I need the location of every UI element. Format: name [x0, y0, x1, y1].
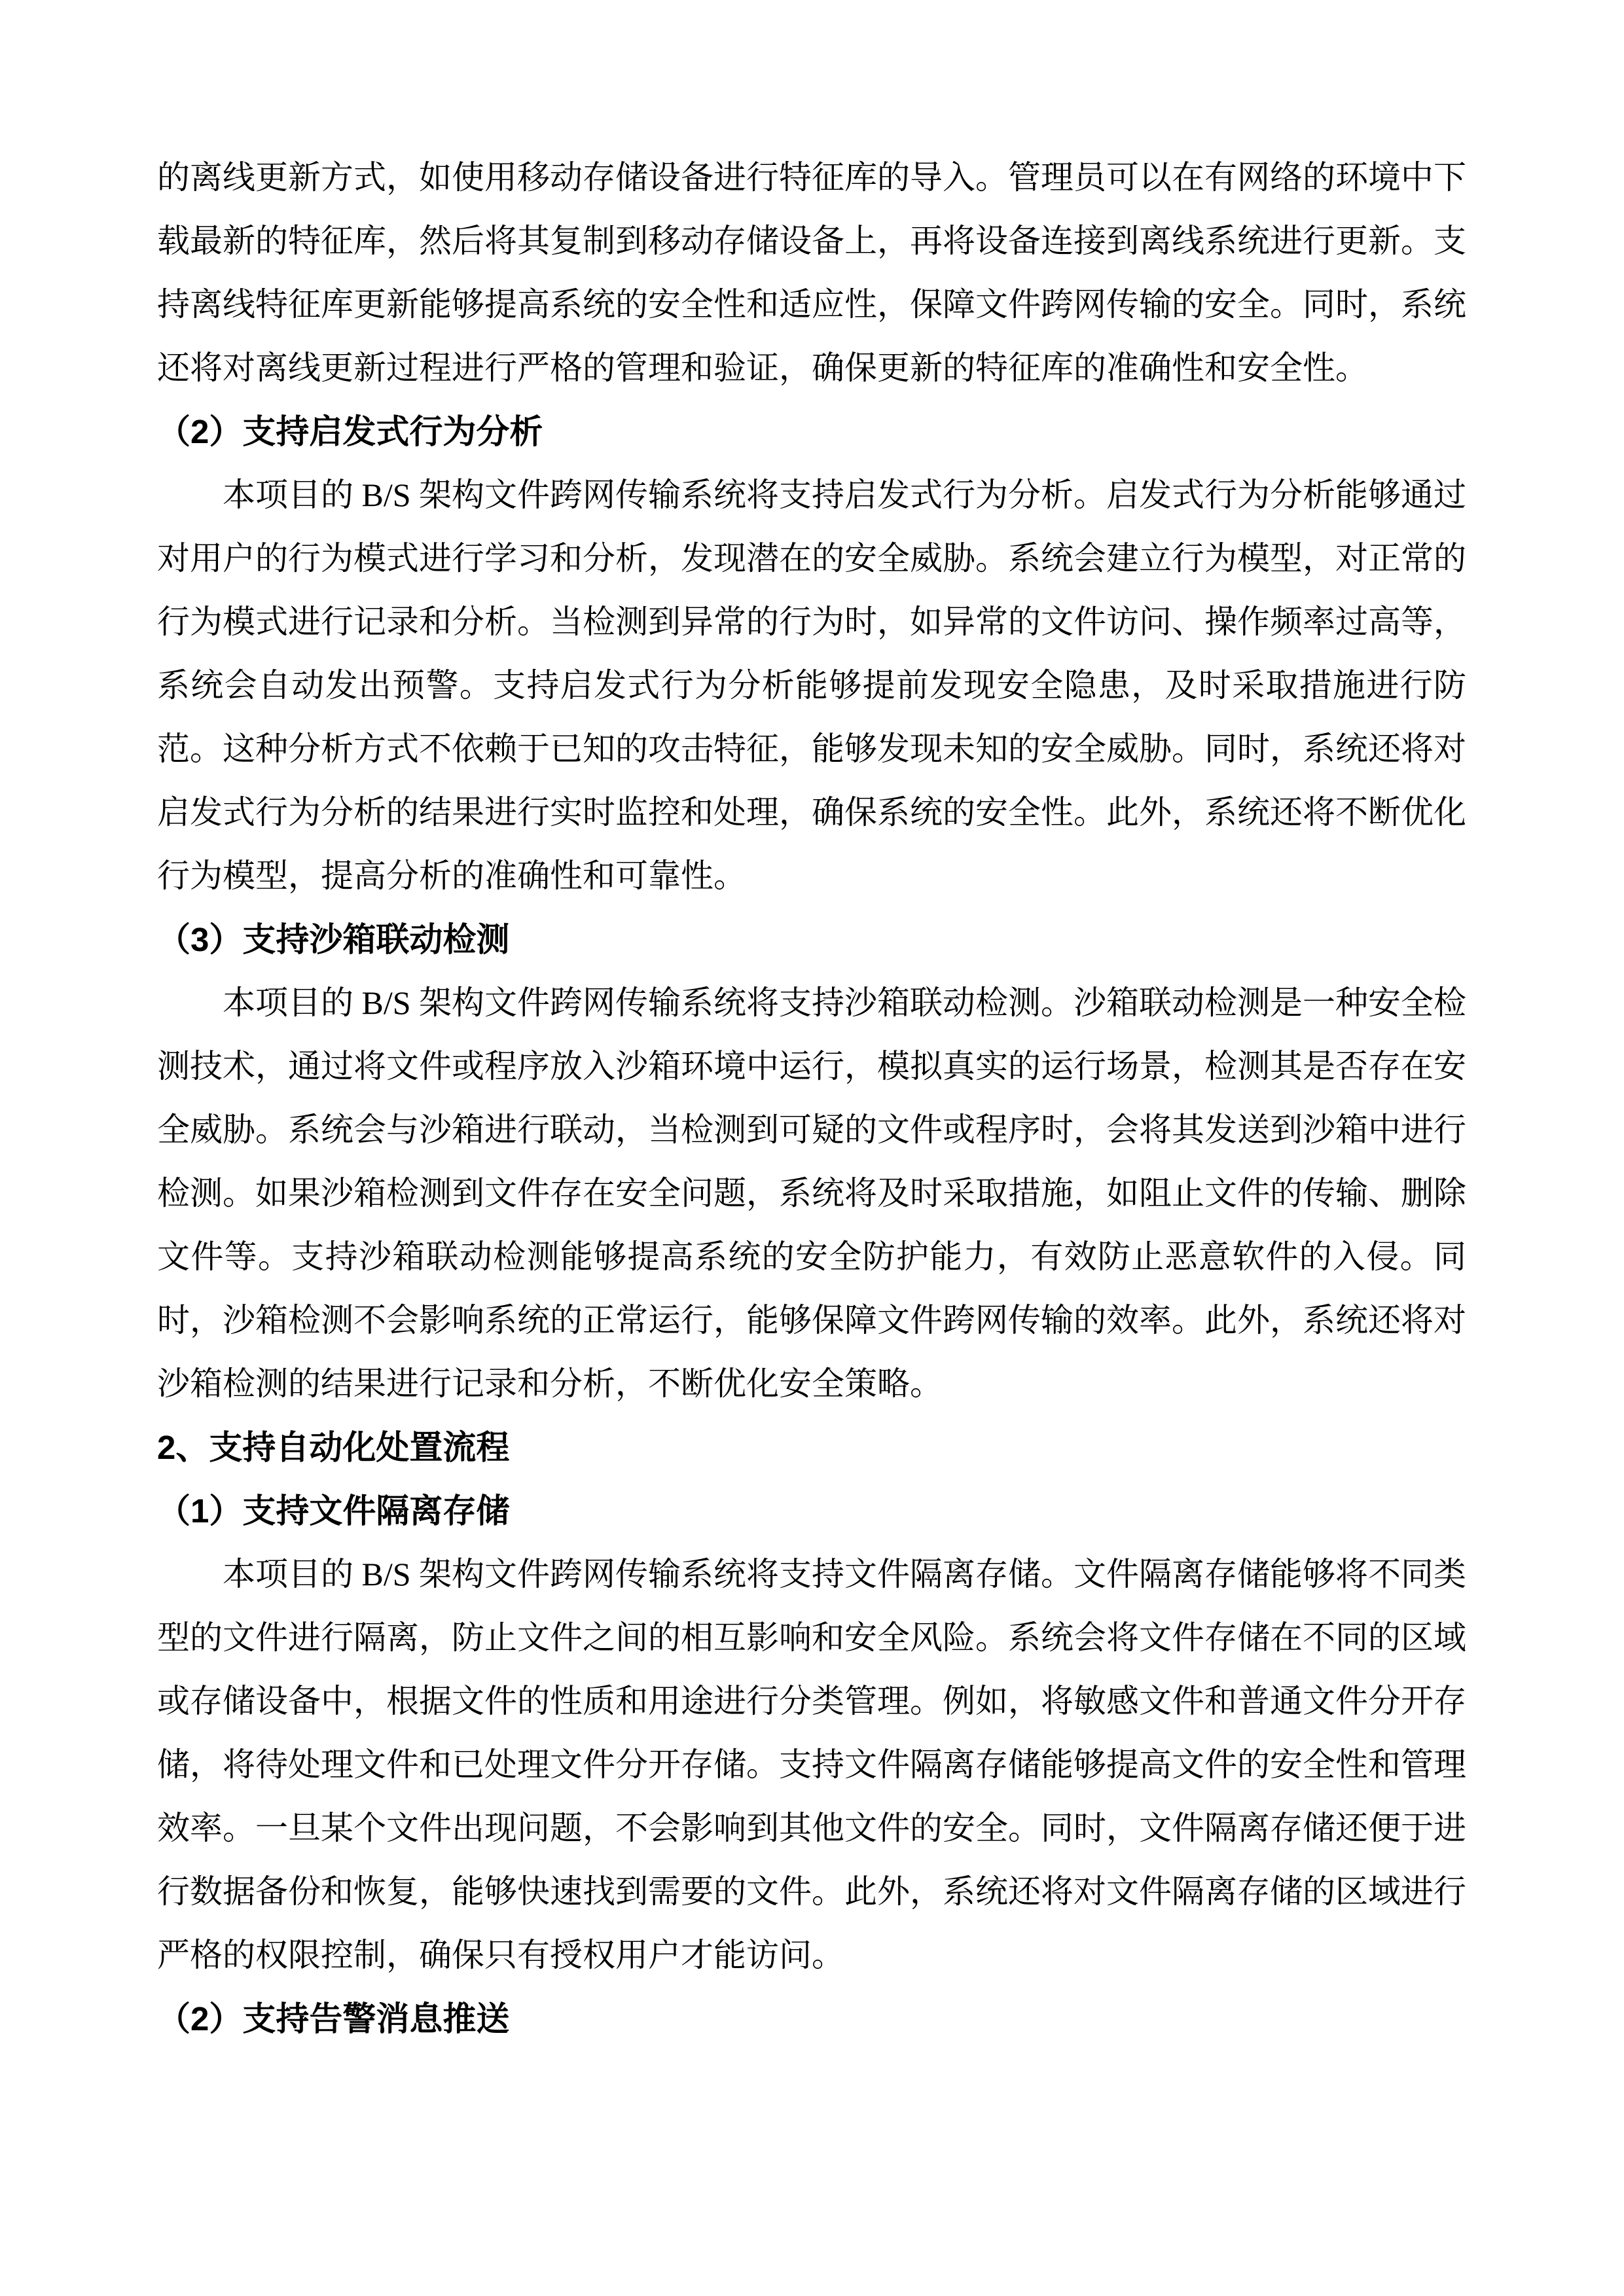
text-line: 行数据备份和恢复，能够快速找到需要的文件。此外，系统还将对文件隔离存储的区域进行: [157, 1860, 1466, 1924]
paragraph: 本项目的 B/S 架构文件跨网传输系统将支持文件隔离存储。文件隔离存储能够将不同…: [157, 1543, 1466, 1987]
section-heading: （1）支持文件隔离存储: [157, 1479, 1466, 1543]
text-line: 本项目的 B/S 架构文件跨网传输系统将支持文件隔离存储。文件隔离存储能够将不同…: [157, 1543, 1466, 1606]
section-heading: （2）支持告警消息推送: [157, 1987, 1466, 2051]
text-line: 载最新的特征库，然后将其复制到移动存储设备上，再将设备连接到离线系统进行更新。支: [157, 209, 1466, 273]
text-line: 或存储设备中，根据文件的性质和用途进行分类管理。例如，将敏感文件和普通文件分开存: [157, 1670, 1466, 1733]
text-line: 范。这种分析方式不依赖于已知的攻击特征，能够发现未知的安全威胁。同时，系统还将对: [157, 717, 1466, 781]
text-line: 行为模型，提高分析的准确性和可靠性。: [157, 844, 1466, 908]
paragraph: 本项目的 B/S 架构文件跨网传输系统将支持沙箱联动检测。沙箱联动检测是一种安全…: [157, 971, 1466, 1416]
text-line: 本项目的 B/S 架构文件跨网传输系统将支持沙箱联动检测。沙箱联动检测是一种安全…: [157, 971, 1466, 1035]
text-line: 行为模式进行记录和分析。当检测到异常的行为时，如异常的文件访问、操作频率过高等，: [157, 590, 1466, 654]
text-line: 全威胁。系统会与沙箱进行联动，当检测到可疑的文件或程序时，会将其发送到沙箱中进行: [157, 1098, 1466, 1162]
text-line: 储，将待处理文件和已处理文件分开存储。支持文件隔离存储能够提高文件的安全性和管理: [157, 1733, 1466, 1797]
heading-text: （2）支持告警消息推送: [157, 1987, 1466, 2051]
heading-text: （1）支持文件隔离存储: [157, 1479, 1466, 1543]
text-line: 文件等。支持沙箱联动检测能够提高系统的安全防护能力，有效防止恶意软件的入侵。同: [157, 1225, 1466, 1289]
text-block: 的离线更新方式，如使用移动存储设备进行特征库的导入。管理员可以在有网络的环境中下…: [157, 146, 1466, 2051]
paragraph: 的离线更新方式，如使用移动存储设备进行特征库的导入。管理员可以在有网络的环境中下…: [157, 146, 1466, 400]
text-line: 时，沙箱检测不会影响系统的正常运行，能够保障文件跨网传输的效率。此外，系统还将对: [157, 1289, 1466, 1352]
heading-text: （2）支持启发式行为分析: [157, 400, 1466, 463]
text-line: 效率。一旦某个文件出现问题，不会影响到其他文件的安全。同时，文件隔离存储还便于进: [157, 1797, 1466, 1860]
text-line: 还将对离线更新过程进行严格的管理和验证，确保更新的特征库的准确性和安全性。: [157, 336, 1466, 400]
section-heading: （3）支持沙箱联动检测: [157, 908, 1466, 971]
heading-text: （3）支持沙箱联动检测: [157, 908, 1466, 971]
text-line: 系统会自动发出预警。支持启发式行为分析能够提前发现安全隐患，及时采取措施进行防: [157, 654, 1466, 717]
chapter-heading: 2、支持自动化处置流程: [157, 1416, 1466, 1479]
text-line: 本项目的 B/S 架构文件跨网传输系统将支持启发式行为分析。启发式行为分析能够通…: [157, 463, 1466, 527]
text-line: 的离线更新方式，如使用移动存储设备进行特征库的导入。管理员可以在有网络的环境中下: [157, 146, 1466, 209]
heading-text: 2、支持自动化处置流程: [157, 1416, 1466, 1479]
text-line: 沙箱检测的结果进行记录和分析，不断优化安全策略。: [157, 1352, 1466, 1416]
section-heading: （2）支持启发式行为分析: [157, 400, 1466, 463]
text-line: 持离线特征库更新能够提高系统的安全性和适应性，保障文件跨网传输的安全。同时，系统: [157, 273, 1466, 336]
text-line: 对用户的行为模式进行学习和分析，发现潜在的安全威胁。系统会建立行为模型，对正常的: [157, 527, 1466, 590]
text-line: 型的文件进行隔离，防止文件之间的相互影响和安全风险。系统会将文件存储在不同的区域: [157, 1606, 1466, 1670]
text-line: 检测。如果沙箱检测到文件存在安全问题，系统将及时采取措施，如阻止文件的传输、删除: [157, 1162, 1466, 1225]
paragraph: 本项目的 B/S 架构文件跨网传输系统将支持启发式行为分析。启发式行为分析能够通…: [157, 463, 1466, 908]
document-page: 的离线更新方式，如使用移动存储设备进行特征库的导入。管理员可以在有网络的环境中下…: [0, 0, 1624, 2296]
text-line: 严格的权限控制，确保只有授权用户才能访问。: [157, 1924, 1466, 1987]
text-line: 测技术，通过将文件或程序放入沙箱环境中运行，模拟真实的运行场景，检测其是否存在安: [157, 1035, 1466, 1098]
text-line: 启发式行为分析的结果进行实时监控和处理，确保系统的安全性。此外，系统还将不断优化: [157, 781, 1466, 844]
